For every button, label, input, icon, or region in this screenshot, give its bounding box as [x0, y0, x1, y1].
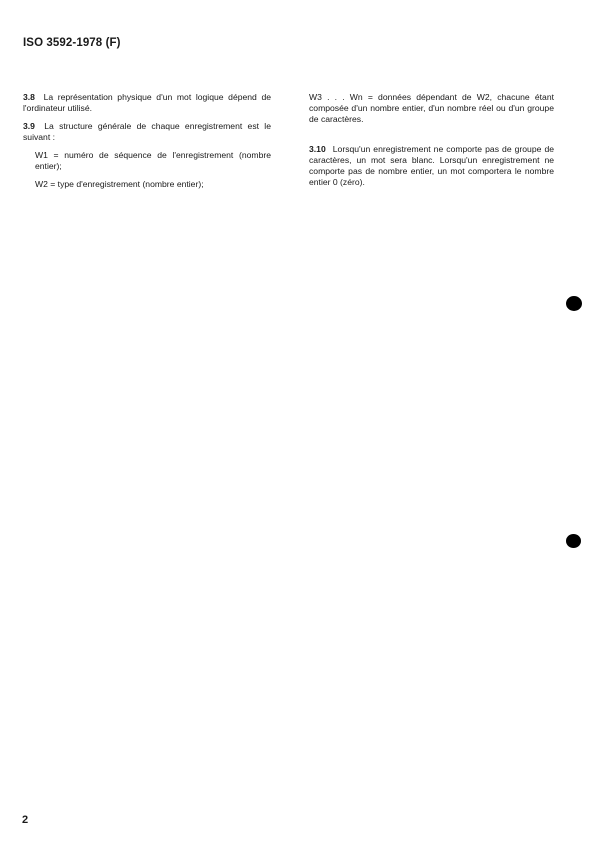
clause-text: La structure générale de chaque enregist…	[23, 121, 271, 142]
clause-3-10: 3.10 Lorsqu'un enregistrement ne comport…	[309, 144, 554, 188]
list-item-w3: W3 . . . Wn = données dépendant de W2, c…	[309, 92, 554, 125]
binding-hole-mark-icon	[566, 296, 582, 311]
clause-number: 3.9	[23, 121, 35, 131]
right-column: W3 . . . Wn = données dépendant de W2, c…	[309, 92, 554, 195]
page-number: 2	[22, 814, 28, 826]
clause-text: La représentation physique d'un mot logi…	[23, 92, 271, 113]
clause-3-8: 3.8 La représentation physique d'un mot …	[23, 92, 271, 114]
binding-hole-mark-icon	[566, 534, 581, 548]
clause-number: 3.8	[23, 92, 35, 102]
clause-text: Lorsqu'un enregistrement ne comporte pas…	[309, 144, 554, 187]
list-item-w2: W2 = type d'enregistrement (nombre entie…	[35, 179, 271, 190]
list-item-w1: W1 = numéro de séquence de l'enregistrem…	[35, 150, 271, 172]
document-header: ISO 3592-1978 (F)	[23, 37, 121, 49]
clause-number: 3.10	[309, 144, 326, 154]
clause-3-9: 3.9 La structure générale de chaque enre…	[23, 121, 271, 143]
left-column: 3.8 La représentation physique d'un mot …	[23, 92, 271, 197]
